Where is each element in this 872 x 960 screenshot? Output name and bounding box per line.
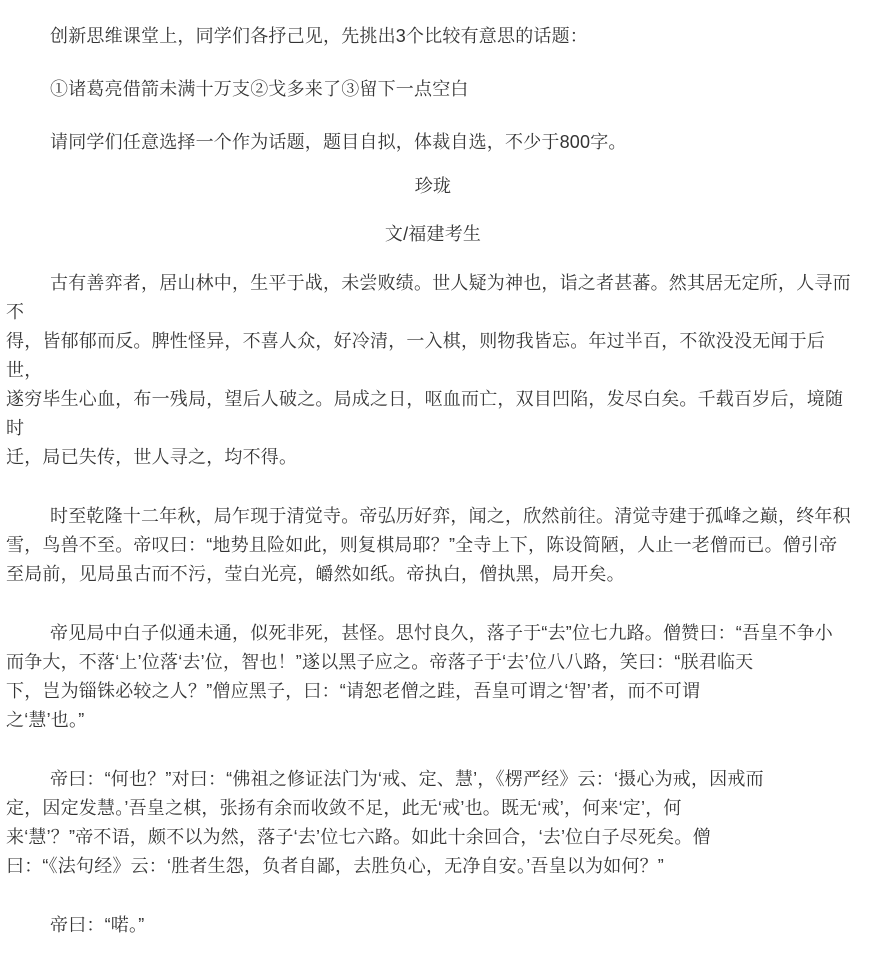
essay-byline: 文/福建考生 — [6, 220, 860, 249]
essay-paragraph: 帝曰：“喏。” — [6, 911, 860, 940]
essay-paragraph: 帝曰：“何也？”对曰：“佛祖之修证法门为‘戒、定、慧’，《楞严经》云：‘摄心为戒… — [6, 765, 860, 881]
prompt-paragraph: 创新思维课堂上，同学们各抒己见，先挑出3个比较有意思的话题： — [6, 22, 860, 51]
prompt-paragraph: ①诸葛亮借箭未满十万支②戈多来了③留下一点空白 — [6, 75, 860, 104]
essay-body: 古有善弈者，居山林中，生平于战，未尝败绩。世人疑为神也，诣之者甚蕃。然其居无定所… — [6, 269, 860, 940]
essay-paragraph: 帝见局中白子似通未通，似死非死，甚怪。思忖良久，落子于“去”位七九路。僧赞曰：“… — [6, 619, 860, 735]
prompt-section: 创新思维课堂上，同学们各抒己见，先挑出3个比较有意思的话题：①诸葛亮借箭未满十万… — [6, 22, 860, 157]
essay-document: 创新思维课堂上，同学们各抒己见，先挑出3个比较有意思的话题：①诸葛亮借箭未满十万… — [0, 0, 872, 960]
prompt-paragraph: 请同学们任意选择一个作为话题，题目自拟，体裁自选，不少于800字。 — [6, 128, 860, 157]
essay-paragraph: 时至乾隆十二年秋，局乍现于清觉寺。帝弘历好弈，闻之，欣然前往。清觉寺建于孤峰之巅… — [6, 502, 860, 589]
essay-paragraph: 古有善弈者，居山林中，生平于战，未尝败绩。世人疑为神也，诣之者甚蕃。然其居无定所… — [6, 269, 860, 472]
essay-title: 珍珑 — [6, 172, 860, 201]
